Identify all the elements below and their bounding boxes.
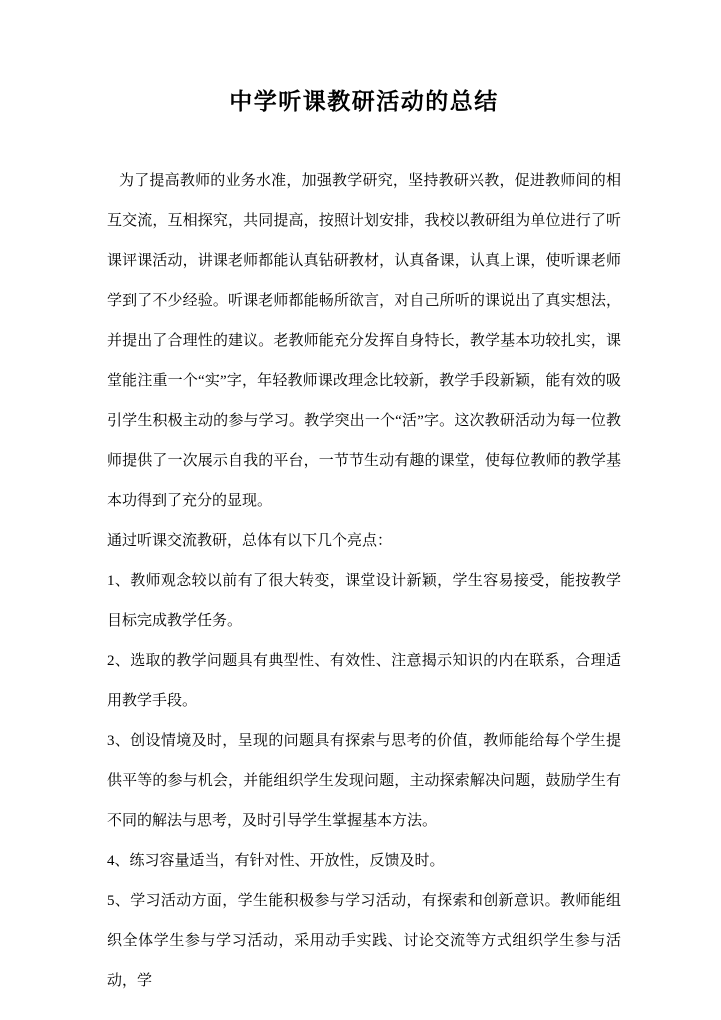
paragraph: 4、练习容量适当，有针对性、开放性，反馈及时。 bbox=[107, 841, 621, 881]
document-title: 中学听课教研活动的总结 bbox=[107, 86, 621, 118]
paragraph: 通过听课交流教研，总体有以下几个亮点： bbox=[107, 521, 621, 561]
document-page: 中学听课教研活动的总结 为了提高教师的业务水准，加强教学研究，坚持教研兴教，促进… bbox=[0, 0, 721, 1020]
paragraph: 2、选取的教学问题具有典型性、有效性、注意揭示知识的内在联系，合理适用教学手段。 bbox=[107, 641, 621, 721]
document-body: 为了提高教师的业务水准，加强教学研究，坚持教研兴教，促进教师间的相互交流，互相探… bbox=[107, 161, 621, 1001]
paragraph: 1、教师观念较以前有了很大转变，课堂设计新颖，学生容易接受，能按教学目标完成教学… bbox=[107, 561, 621, 641]
paragraph: 为了提高教师的业务水准，加强教学研究，坚持教研兴教，促进教师间的相互交流，互相探… bbox=[107, 161, 621, 521]
paragraph: 3、创设情境及时，呈现的问题具有探索与思考的价值，教师能给每个学生提供平等的参与… bbox=[107, 721, 621, 841]
paragraph: 5、学习活动方面，学生能积极参与学习活动，有探索和创新意识。教师能组织全体学生参… bbox=[107, 881, 621, 1001]
